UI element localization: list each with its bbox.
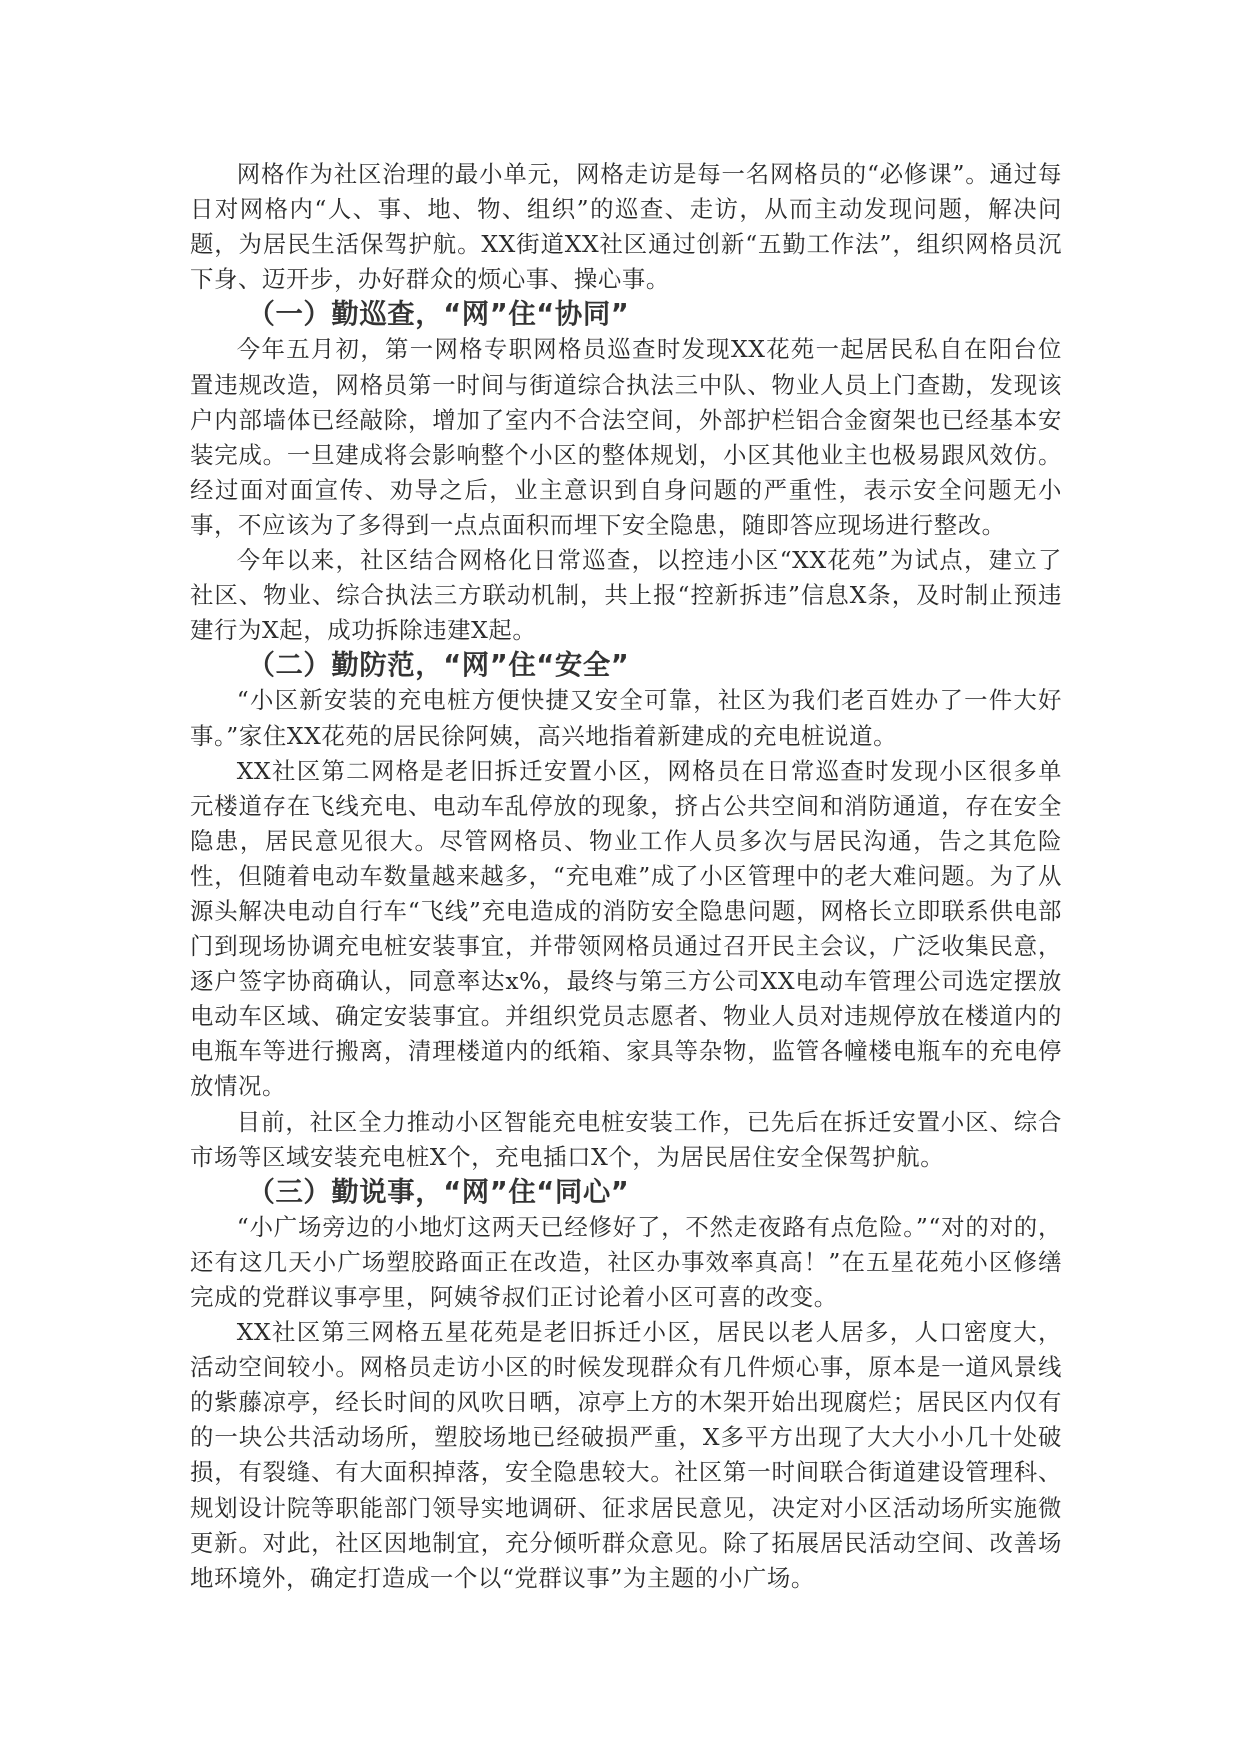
section-paragraph: 目前，社区全力推动小区智能充电桩安装工作，已先后在拆迁安置小区、综合市场等区域安… (190, 1105, 1062, 1175)
section-heading-prevention: （二）勤防范，“网”住“安全” (190, 648, 1062, 683)
section-paragraph: 今年五月初，第一网格专职网格员巡查时发现XX花苑一起居民私自在阳台位置违规改造，… (190, 332, 1062, 543)
section-heading-patrol: （一）勤巡查，“网”住“协同” (190, 297, 1062, 332)
section-paragraph: 今年以来，社区结合网格化日常巡查，以控违小区“XX花苑”为试点，建立了社区、物业… (190, 543, 1062, 648)
section-paragraph: XX社区第三网格五星花苑是老旧拆迁小区，居民以老人居多，人口密度大，活动空间较小… (190, 1315, 1062, 1596)
section-heading-discussion: （三）勤说事，“网”住“同心” (190, 1175, 1062, 1210)
section-paragraph: XX社区第二网格是老旧拆迁安置小区，网格员在日常巡查时发现小区很多单元楼道存在飞… (190, 754, 1062, 1105)
intro-paragraph: 网格作为社区治理的最小单元，网格走访是每一名网格员的“必修课”。通过每日对网格内… (190, 157, 1062, 297)
section-paragraph: “小广场旁边的小地灯这两天已经修好了，不然走夜路有点危险。”“对的对的，还有这几… (190, 1210, 1062, 1315)
document-page: 网格作为社区治理的最小单元，网格走访是每一名网格员的“必修课”。通过每日对网格内… (190, 157, 1062, 1596)
section-paragraph: “小区新安装的充电桩方便快捷又安全可靠，社区为我们老百姓办了一件大好事。”家住X… (190, 683, 1062, 753)
